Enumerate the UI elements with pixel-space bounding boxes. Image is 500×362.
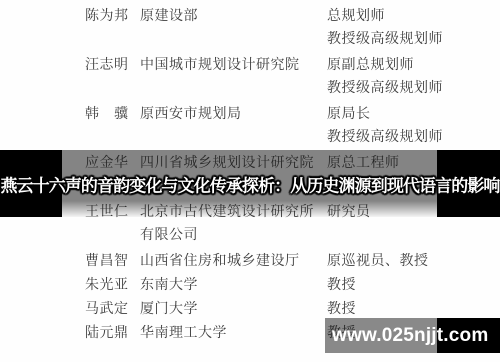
name-cell [85, 174, 140, 197]
name-cell [85, 223, 140, 246]
title-cell: 原副总规划师 [327, 53, 500, 76]
title-cell [327, 223, 500, 246]
org-cell: 华南理工大学 [140, 321, 327, 344]
name-cell: 王世仁 [85, 200, 140, 223]
table-row-line: 汪志明 中国城市规划设计研究院 原副总规划师 [85, 53, 500, 76]
title-cell: 教授 [327, 321, 500, 344]
table-row: 汪志明 中国城市规划设计研究院 原副总规划师 教授级高级规划师 [85, 53, 500, 99]
expert-roster-table: 陈为邦 原建设部 总规划师 教授级高级规划师 汪志明 中国城市规划设计研究院 原… [85, 4, 500, 345]
table-row-line: 曹昌智 山西省住房和城乡建设厅 原巡视员、教授 [85, 249, 500, 272]
name-cell: 马武定 [85, 297, 140, 320]
name-cell: 应金华 [85, 151, 140, 174]
org-cell [140, 27, 327, 50]
title-cell: 教授级高级规划师 [327, 125, 500, 148]
table-row-line: 陆元鼎 华南理工大学 教授 [85, 321, 500, 344]
org-cell: 有限公司 [140, 223, 327, 246]
org-cell [140, 76, 327, 99]
table-row-line: 韩 骥 原西安市规划局 原局长 [85, 102, 500, 125]
org-cell: 北京市古代建筑设计研究所 [140, 200, 327, 223]
table-row: 曹昌智 山西省住房和城乡建设厅 原巡视员、教授 [85, 249, 500, 272]
title-cell: 原巡视员、教授 [327, 249, 500, 272]
title-cell: 教授级高级规划师 [327, 27, 500, 50]
name-cell [85, 27, 140, 50]
title-cell: 教授 [327, 297, 500, 320]
table-row-line: 教授级高级规划师 [85, 27, 500, 50]
org-cell: 东南大学 [140, 273, 327, 296]
table-row: 朱光亚 东南大学 教授 [85, 273, 500, 296]
name-cell [85, 125, 140, 148]
name-cell: 陈为邦 [85, 4, 140, 27]
table-row-line: 王世仁 北京市古代建筑设计研究所 研究员 [85, 200, 500, 223]
org-cell: 厦门大学 [140, 297, 327, 320]
name-cell: 汪志明 [85, 53, 140, 76]
table-row: 王世仁 北京市古代建筑设计研究所 研究员 有限公司 [85, 200, 500, 246]
name-cell: 韩 骥 [85, 102, 140, 125]
title-cell: 研究员 [327, 200, 500, 223]
title-cell: 教授级高级规划师 [327, 76, 500, 99]
table-row-line: 马武定 厦门大学 教授 [85, 297, 500, 320]
page: 陈为邦 原建设部 总规划师 教授级高级规划师 汪志明 中国城市规划设计研究院 原… [0, 0, 500, 362]
table-row-line [85, 174, 500, 197]
table-row: 陆元鼎 华南理工大学 教授 [85, 321, 500, 344]
org-cell: 山西省住房和城乡建设厅 [140, 249, 327, 272]
org-cell [140, 174, 327, 197]
name-cell [85, 76, 140, 99]
org-cell [140, 125, 327, 148]
org-cell: 原建设部 [140, 4, 327, 27]
table-row: 韩 骥 原西安市规划局 原局长 教授级高级规划师 [85, 102, 500, 148]
org-cell: 中国城市规划设计研究院 [140, 53, 327, 76]
banner-left-black-block [0, 150, 62, 217]
title-cell [327, 174, 500, 197]
table-row: 马武定 厦门大学 教授 [85, 297, 500, 320]
title-cell: 原总工程师 [327, 151, 500, 174]
table-row-line: 陈为邦 原建设部 总规划师 [85, 4, 500, 27]
table-row-line: 朱光亚 东南大学 教授 [85, 273, 500, 296]
org-cell: 原西安市规划局 [140, 102, 327, 125]
name-cell: 朱光亚 [85, 273, 140, 296]
title-cell: 总规划师 [327, 4, 500, 27]
table-row: 应金华 四川省城乡规划设计研究院 原总工程师 [85, 151, 500, 197]
title-cell: 教授 [327, 273, 500, 296]
title-cell: 原局长 [327, 102, 500, 125]
table-row-line: 应金华 四川省城乡规划设计研究院 原总工程师 [85, 151, 500, 174]
table-row-line: 教授级高级规划师 [85, 76, 500, 99]
name-cell: 曹昌智 [85, 249, 140, 272]
table-row-line: 有限公司 [85, 223, 500, 246]
table-row-line: 教授级高级规划师 [85, 125, 500, 148]
org-cell: 四川省城乡规划设计研究院 [140, 151, 327, 174]
name-cell: 陆元鼎 [85, 321, 140, 344]
table-row: 陈为邦 原建设部 总规划师 教授级高级规划师 [85, 4, 500, 50]
